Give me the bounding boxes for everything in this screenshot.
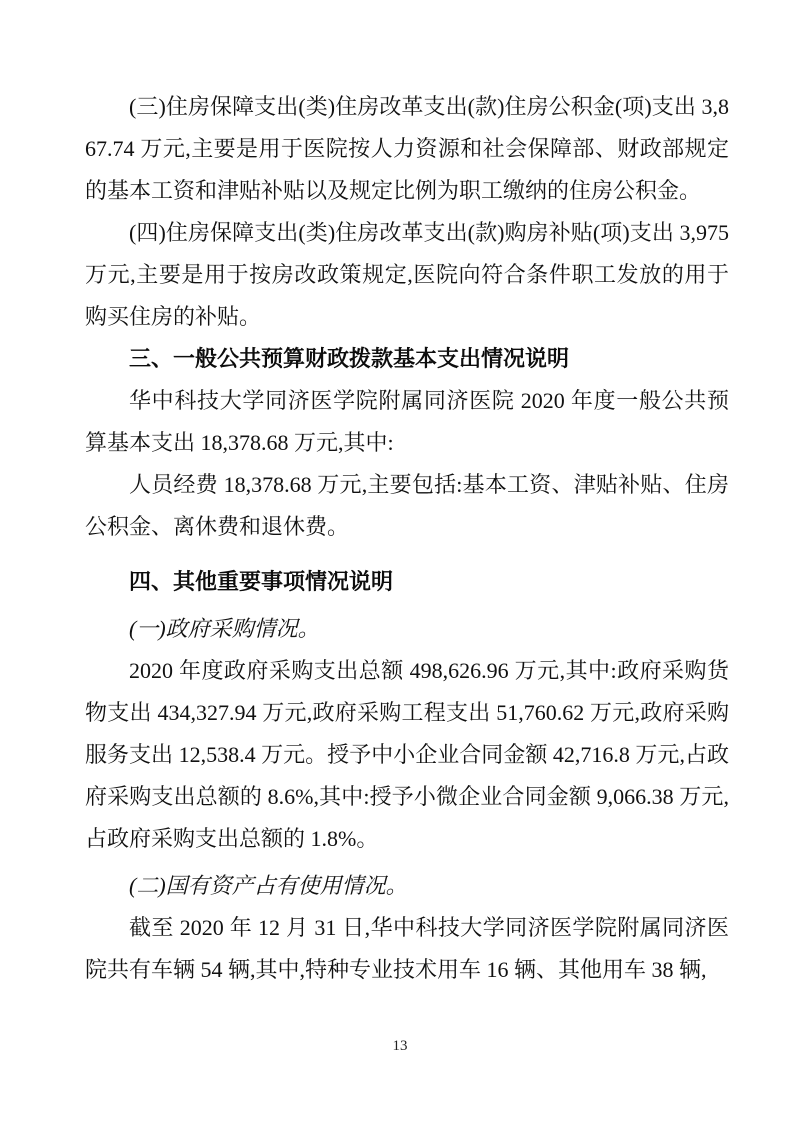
- heading-other-important-items: 四、其他重要事项情况说明: [85, 561, 729, 603]
- document-body: (三)住房保障支出(类)住房改革支出(款)住房公积金(项)支出 3,867.74…: [85, 86, 729, 991]
- paragraph-personnel-funds: 人员经费 18,378.68 万元,主要包括:基本工资、津贴补贴、住房公积金、离…: [85, 464, 729, 548]
- heading-basic-expenditure: 三、一般公共预算财政拨款基本支出情况说明: [85, 338, 729, 380]
- subheading-state-assets: (二)国有资产占有使用情况。: [85, 865, 729, 907]
- paragraph-basic-expenditure-total: 华中科技大学同济医学院附属同济医院 2020 年度一般公共预算基本支出 18,3…: [85, 380, 729, 464]
- subheading-government-procurement: (一)政府采购情况。: [85, 608, 729, 650]
- paragraph-vehicles: 截至 2020 年 12 月 31 日,华中科技大学同济医学院附属同济医院共有车…: [85, 907, 729, 991]
- document-page: (三)住房保障支出(类)住房改革支出(款)住房公积金(项)支出 3,867.74…: [0, 0, 800, 1131]
- paragraph-housing-purchase-subsidy: (四)住房保障支出(类)住房改革支出(款)购房补贴(项)支出 3,975 万元,…: [85, 212, 729, 338]
- paragraph-housing-provident-fund: (三)住房保障支出(类)住房改革支出(款)住房公积金(项)支出 3,867.74…: [85, 86, 729, 212]
- page-number: 13: [0, 1038, 800, 1055]
- paragraph-procurement-detail: 2020 年度政府采购支出总额 498,626.96 万元,其中:政府采购货物支…: [85, 650, 729, 860]
